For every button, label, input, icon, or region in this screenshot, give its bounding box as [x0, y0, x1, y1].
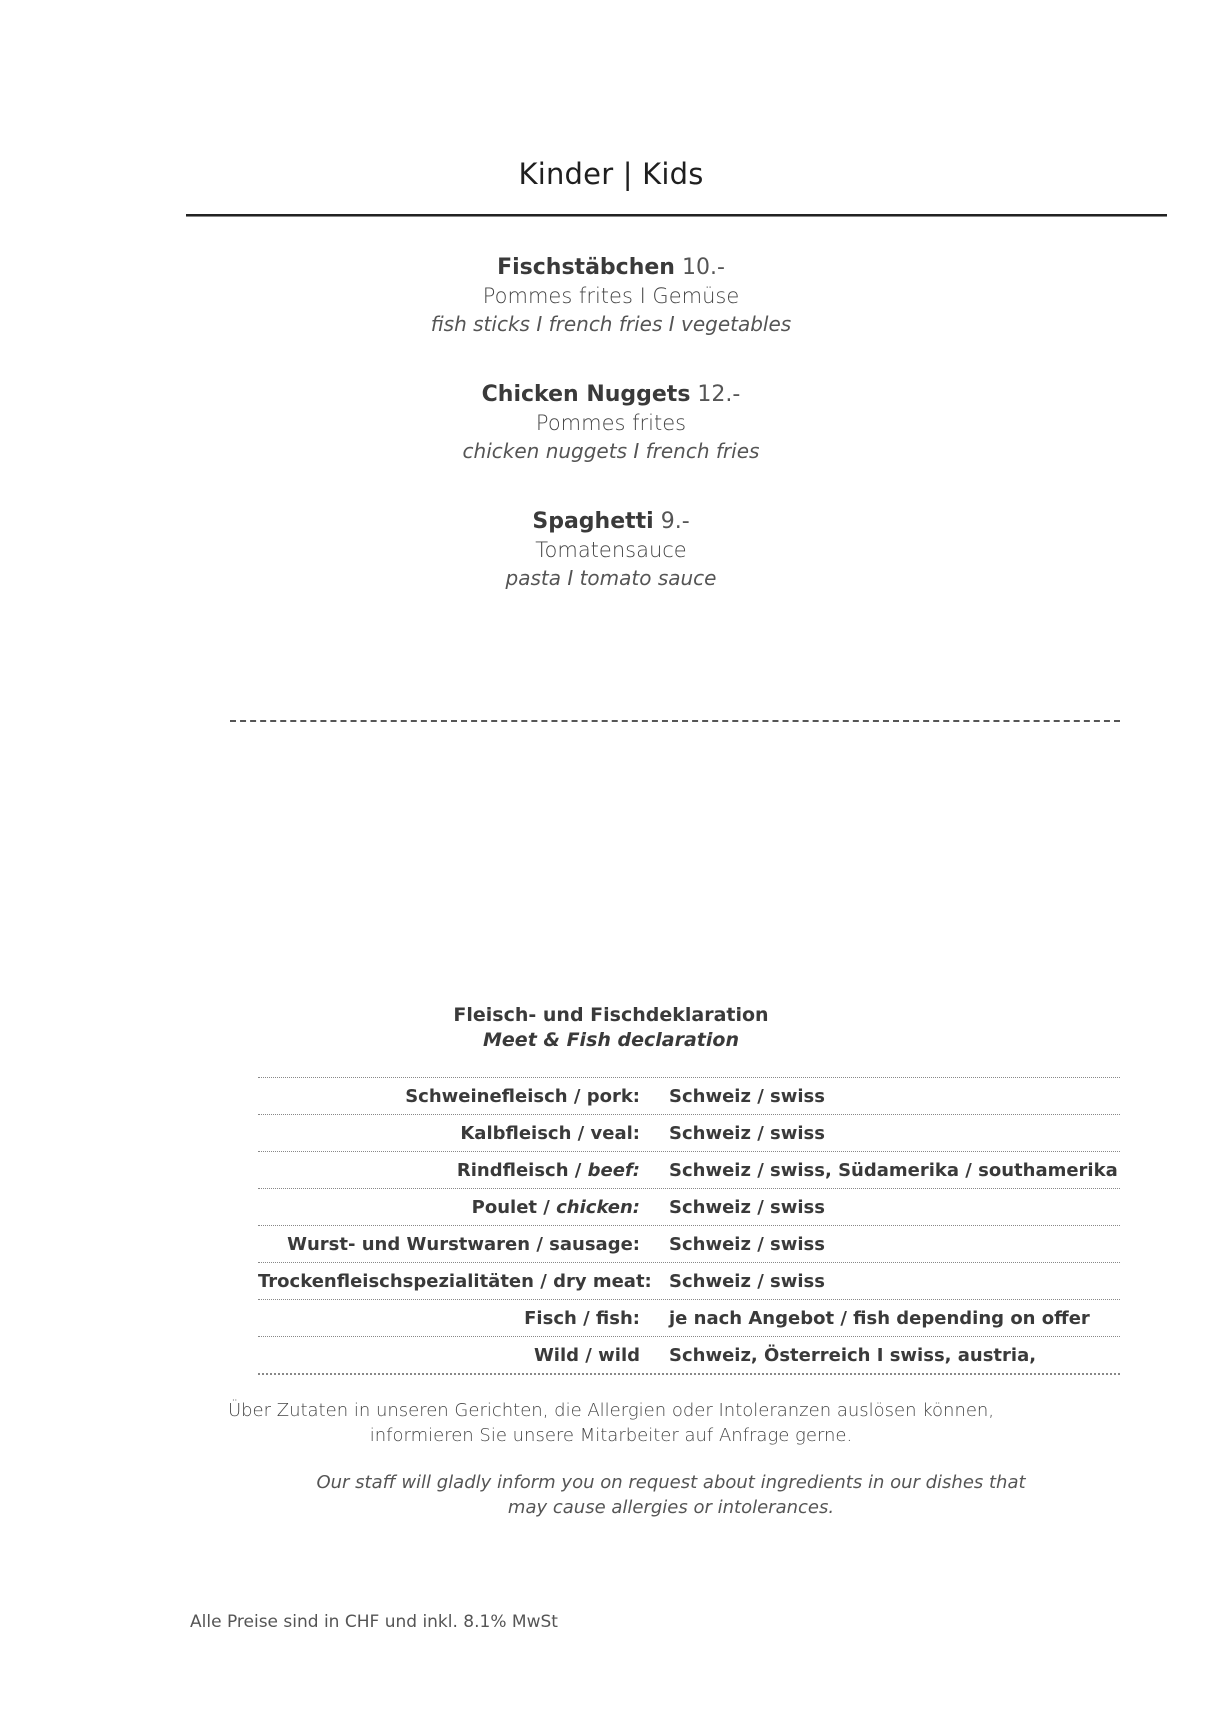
- declaration-label-en: chicken:: [556, 1197, 640, 1218]
- menu-item-description-de: Tomatensauce: [0, 536, 1222, 564]
- declaration-label-en: dry meat:: [553, 1271, 652, 1292]
- declaration-heading: Fleisch- und Fischdeklaration Meet & Fis…: [0, 1003, 1222, 1053]
- declaration-row: Poulet / chicken:Schweiz / swiss: [258, 1189, 1120, 1226]
- menu-item-name: Spaghetti: [532, 509, 653, 534]
- declaration-origin: Schweiz / swiss: [640, 1197, 825, 1218]
- allergy-note-en-line: Our staff will gladly inform you on requ…: [60, 1470, 1222, 1495]
- declaration-title-en: Meet & Fish declaration: [0, 1028, 1222, 1053]
- menu-item-name: Fischstäbchen: [497, 255, 675, 280]
- declaration-label: Kalbfleisch / veal:: [258, 1123, 640, 1144]
- menu-item-description-en: fish sticks I french fries I vegetables: [0, 310, 1222, 338]
- declaration-label-de: Rindfleisch /: [457, 1160, 588, 1181]
- allergy-note-de-line: informieren Sie unsere Mitarbeiter auf A…: [0, 1423, 1222, 1448]
- declaration-origin: Schweiz / swiss, Südamerika / southameri…: [640, 1160, 1118, 1181]
- allergy-note-de-line: Über Zutaten in unseren Gerichten, die A…: [0, 1398, 1222, 1423]
- menu-item-description-de: Pommes frites I Gemüse: [0, 282, 1222, 310]
- menu-item-name: Chicken Nuggets: [482, 382, 691, 407]
- declaration-label-de: Trockenfleischspezialitäten /: [258, 1271, 553, 1292]
- declaration-row: Schweinefleisch / pork:Schweiz / swiss: [258, 1078, 1120, 1115]
- menu-item-description-de: Pommes frites: [0, 409, 1222, 437]
- declaration-label-en: beef:: [588, 1160, 640, 1181]
- declaration-label-en: veal:: [591, 1123, 640, 1144]
- menu-item: Chicken Nuggets 12.- Pommes frites chick…: [0, 381, 1222, 465]
- declaration-label-en: wild: [598, 1345, 640, 1366]
- declaration-origin: Schweiz, Österreich I swiss, austria,: [640, 1345, 1036, 1366]
- declaration-label-de: Schweinefleisch /: [405, 1086, 587, 1107]
- declaration-label: Poulet / chicken:: [258, 1197, 640, 1218]
- declaration-origin: Schweiz / swiss: [640, 1086, 825, 1107]
- menu-item: Spaghetti 9.- Tomatensauce pasta I tomat…: [0, 508, 1222, 592]
- declaration-label-de: Poulet /: [472, 1197, 556, 1218]
- declaration-row: Wild / wildSchweiz, Österreich I swiss, …: [258, 1337, 1120, 1375]
- declaration-row: Fisch / fish:je nach Angebot / fish depe…: [258, 1300, 1120, 1337]
- menu-item-description-en: pasta I tomato sauce: [0, 564, 1222, 592]
- declaration-origin: Schweiz / swiss: [640, 1271, 825, 1292]
- declaration-row: Kalbfleisch / veal:Schweiz / swiss: [258, 1115, 1120, 1152]
- declaration-label: Wurst- und Wurstwaren / sausage:: [258, 1234, 640, 1255]
- declaration-label: Schweinefleisch / pork:: [258, 1086, 640, 1107]
- menu-item-price: 9.-: [661, 509, 690, 534]
- declaration-origin: je nach Angebot / fish depending on offe…: [640, 1308, 1090, 1329]
- declaration-title-de: Fleisch- und Fischdeklaration: [0, 1003, 1222, 1028]
- declaration-label-en: fish:: [596, 1308, 640, 1329]
- menu-item: Fischstäbchen 10.- Pommes frites I Gemüs…: [0, 254, 1222, 338]
- price-footnote: Alle Preise sind in CHF und inkl. 8.1% M…: [190, 1612, 558, 1632]
- declaration-origin: Schweiz / swiss: [640, 1234, 825, 1255]
- declaration-table: Schweinefleisch / pork:Schweiz / swissKa…: [258, 1077, 1120, 1375]
- declaration-label: Trockenfleischspezialitäten / dry meat:: [258, 1271, 640, 1292]
- title-divider: [186, 214, 1167, 217]
- allergy-note-de: Über Zutaten in unseren Gerichten, die A…: [0, 1398, 1222, 1448]
- declaration-label-en: sausage:: [549, 1234, 640, 1255]
- section-separator: [230, 720, 1120, 722]
- declaration-label-de: Kalbfleisch /: [460, 1123, 590, 1144]
- declaration-label: Rindfleisch / beef:: [258, 1160, 640, 1181]
- menu-item-price: 12.-: [697, 382, 740, 407]
- menu-item-description-en: chicken nuggets I french fries: [0, 437, 1222, 465]
- declaration-label: Fisch / fish:: [258, 1308, 640, 1329]
- menu-item-price: 10.-: [682, 255, 725, 280]
- page-title: Kinder | Kids: [0, 157, 1222, 191]
- declaration-label-de: Wild /: [534, 1345, 598, 1366]
- declaration-row: Wurst- und Wurstwaren / sausage:Schweiz …: [258, 1226, 1120, 1263]
- allergy-note-en: Our staff will gladly inform you on requ…: [60, 1470, 1222, 1520]
- declaration-row: Rindfleisch / beef:Schweiz / swiss, Süda…: [258, 1152, 1120, 1189]
- declaration-row: Trockenfleischspezialitäten / dry meat:S…: [258, 1263, 1120, 1300]
- declaration-label: Wild / wild: [258, 1345, 640, 1366]
- declaration-origin: Schweiz / swiss: [640, 1123, 825, 1144]
- allergy-note-en-line: may cause allergies or intolerances.: [60, 1495, 1222, 1520]
- declaration-label-en: pork:: [587, 1086, 640, 1107]
- declaration-label-de: Fisch /: [524, 1308, 596, 1329]
- declaration-label-de: Wurst- und Wurstwaren /: [287, 1234, 549, 1255]
